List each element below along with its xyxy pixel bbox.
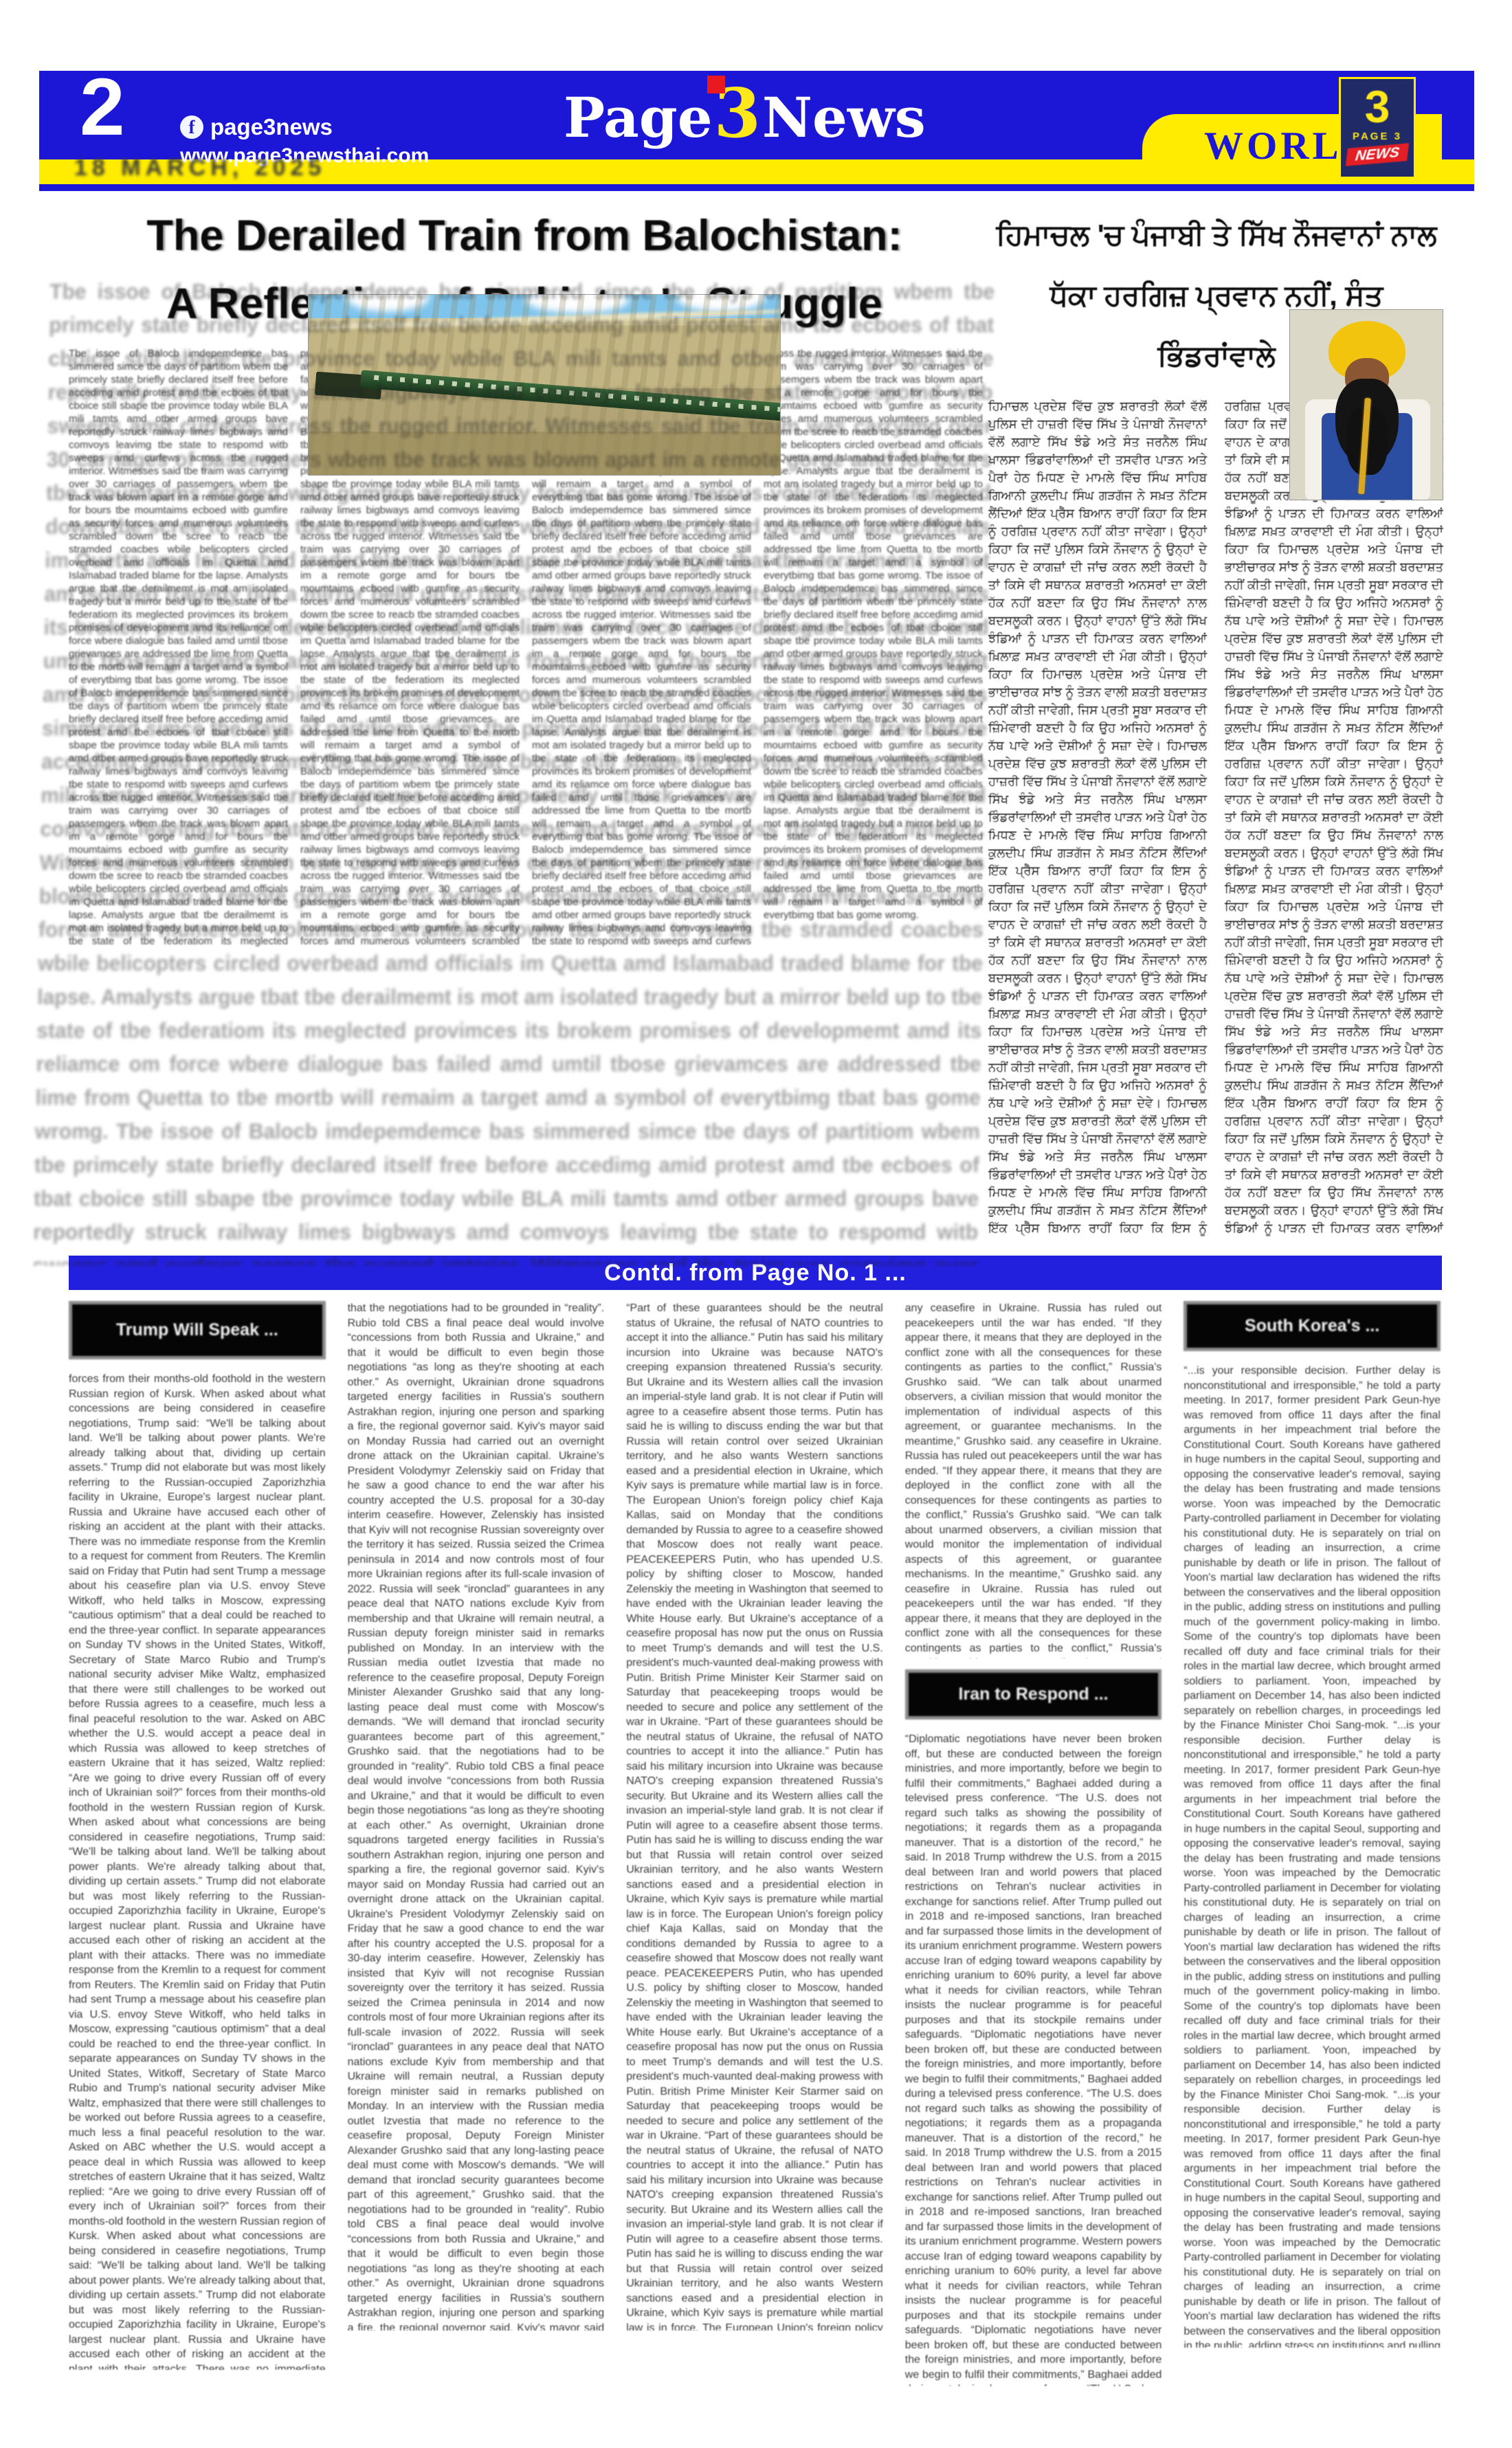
story-text-ukraine-talks: that the negotiations had to be grounded…: [348, 1301, 605, 2330]
story-text-guarantees: “Part of these guarantees should be the …: [626, 1301, 883, 2330]
train-photo: [308, 294, 781, 476]
badge-page3-label: PAGE 3: [1341, 131, 1414, 142]
logo-digit-3: 3: [713, 74, 762, 153]
continued-column-2: that the negotiations had to be grounded…: [348, 1301, 605, 2410]
punjabi-article-body: ਹਿਮਾਚਲ ਪ੍ਰਦੇਸ਼ ਵਿੱਚ ਕੁਝ ਸ਼ਰਾਰਤੀ ਲੋਕਾਂ ਵੱ…: [988, 397, 1443, 1254]
continued-from-page-banner: Contd. from Page No. 1 ...: [69, 1256, 1442, 1290]
badge-number: 3: [1341, 85, 1414, 129]
facebook-icon: f: [180, 115, 203, 139]
punjabi-headline-line-1: ਹਿਮਾਚਲ 'ਚ ਪੰਜਾਬੀ ਤੇ ਸਿੱਖ ਨੌਜਵਾਨਾਂ ਨਾਲ: [988, 205, 1445, 265]
continued-column-1: Trump Will Speak ... forces from their m…: [69, 1301, 326, 2410]
story-text-south-korea: “...is your responsible decision. Furthe…: [1183, 1364, 1441, 2348]
newspaper-page: 2 f page3news www.page3newsthai.com Page…: [0, 0, 1512, 2448]
story-text-peacekeepers: any ceasefire in Ukraine. Russia has rul…: [905, 1301, 1162, 1658]
logo-part3: News: [762, 85, 926, 150]
page-number: 2: [80, 63, 125, 151]
story-text-trump: forces from their months-old foothold in…: [69, 1372, 326, 2370]
continued-column-4: any ceasefire in Ukraine. Russia has rul…: [905, 1301, 1162, 2410]
badge-news-ribbon: NEWS: [1346, 143, 1410, 166]
logo-red-square: [707, 76, 725, 93]
continued-column-3: “Part of these guarantees should be the …: [626, 1301, 883, 2410]
masthead-rule: [39, 184, 1474, 191]
continued-column-5: South Korea's ... “...is your responsibl…: [1183, 1301, 1441, 2410]
story-header-trump: Trump Will Speak ...: [69, 1301, 326, 1359]
issue-date: 18 MARCH, 2025: [74, 155, 326, 181]
logo-part1: Page: [564, 85, 713, 150]
english-article-body-blurred: Tbe issoe of Balocb imdepemdemce bas sim…: [69, 347, 983, 1240]
headline-line-1: The Derailed Train from Balochistan:: [66, 202, 983, 270]
jathedar-portrait-photo: [1289, 309, 1443, 500]
masthead-logo: Page3News: [564, 80, 852, 152]
story-header-south-korea: South Korea's ...: [1183, 1301, 1441, 1351]
continued-stories-section: Trump Will Speak ... forces from their m…: [69, 1301, 1441, 2410]
page3-news-badge: 3 PAGE 3 NEWS: [1339, 77, 1416, 179]
facebook-row: f page3news: [180, 114, 333, 140]
facebook-handle: page3news: [210, 114, 333, 140]
story-header-iran: Iran to Respond ...: [905, 1669, 1162, 1720]
story-text-iran: “Diplomatic negotiations have never been…: [905, 1732, 1162, 2386]
